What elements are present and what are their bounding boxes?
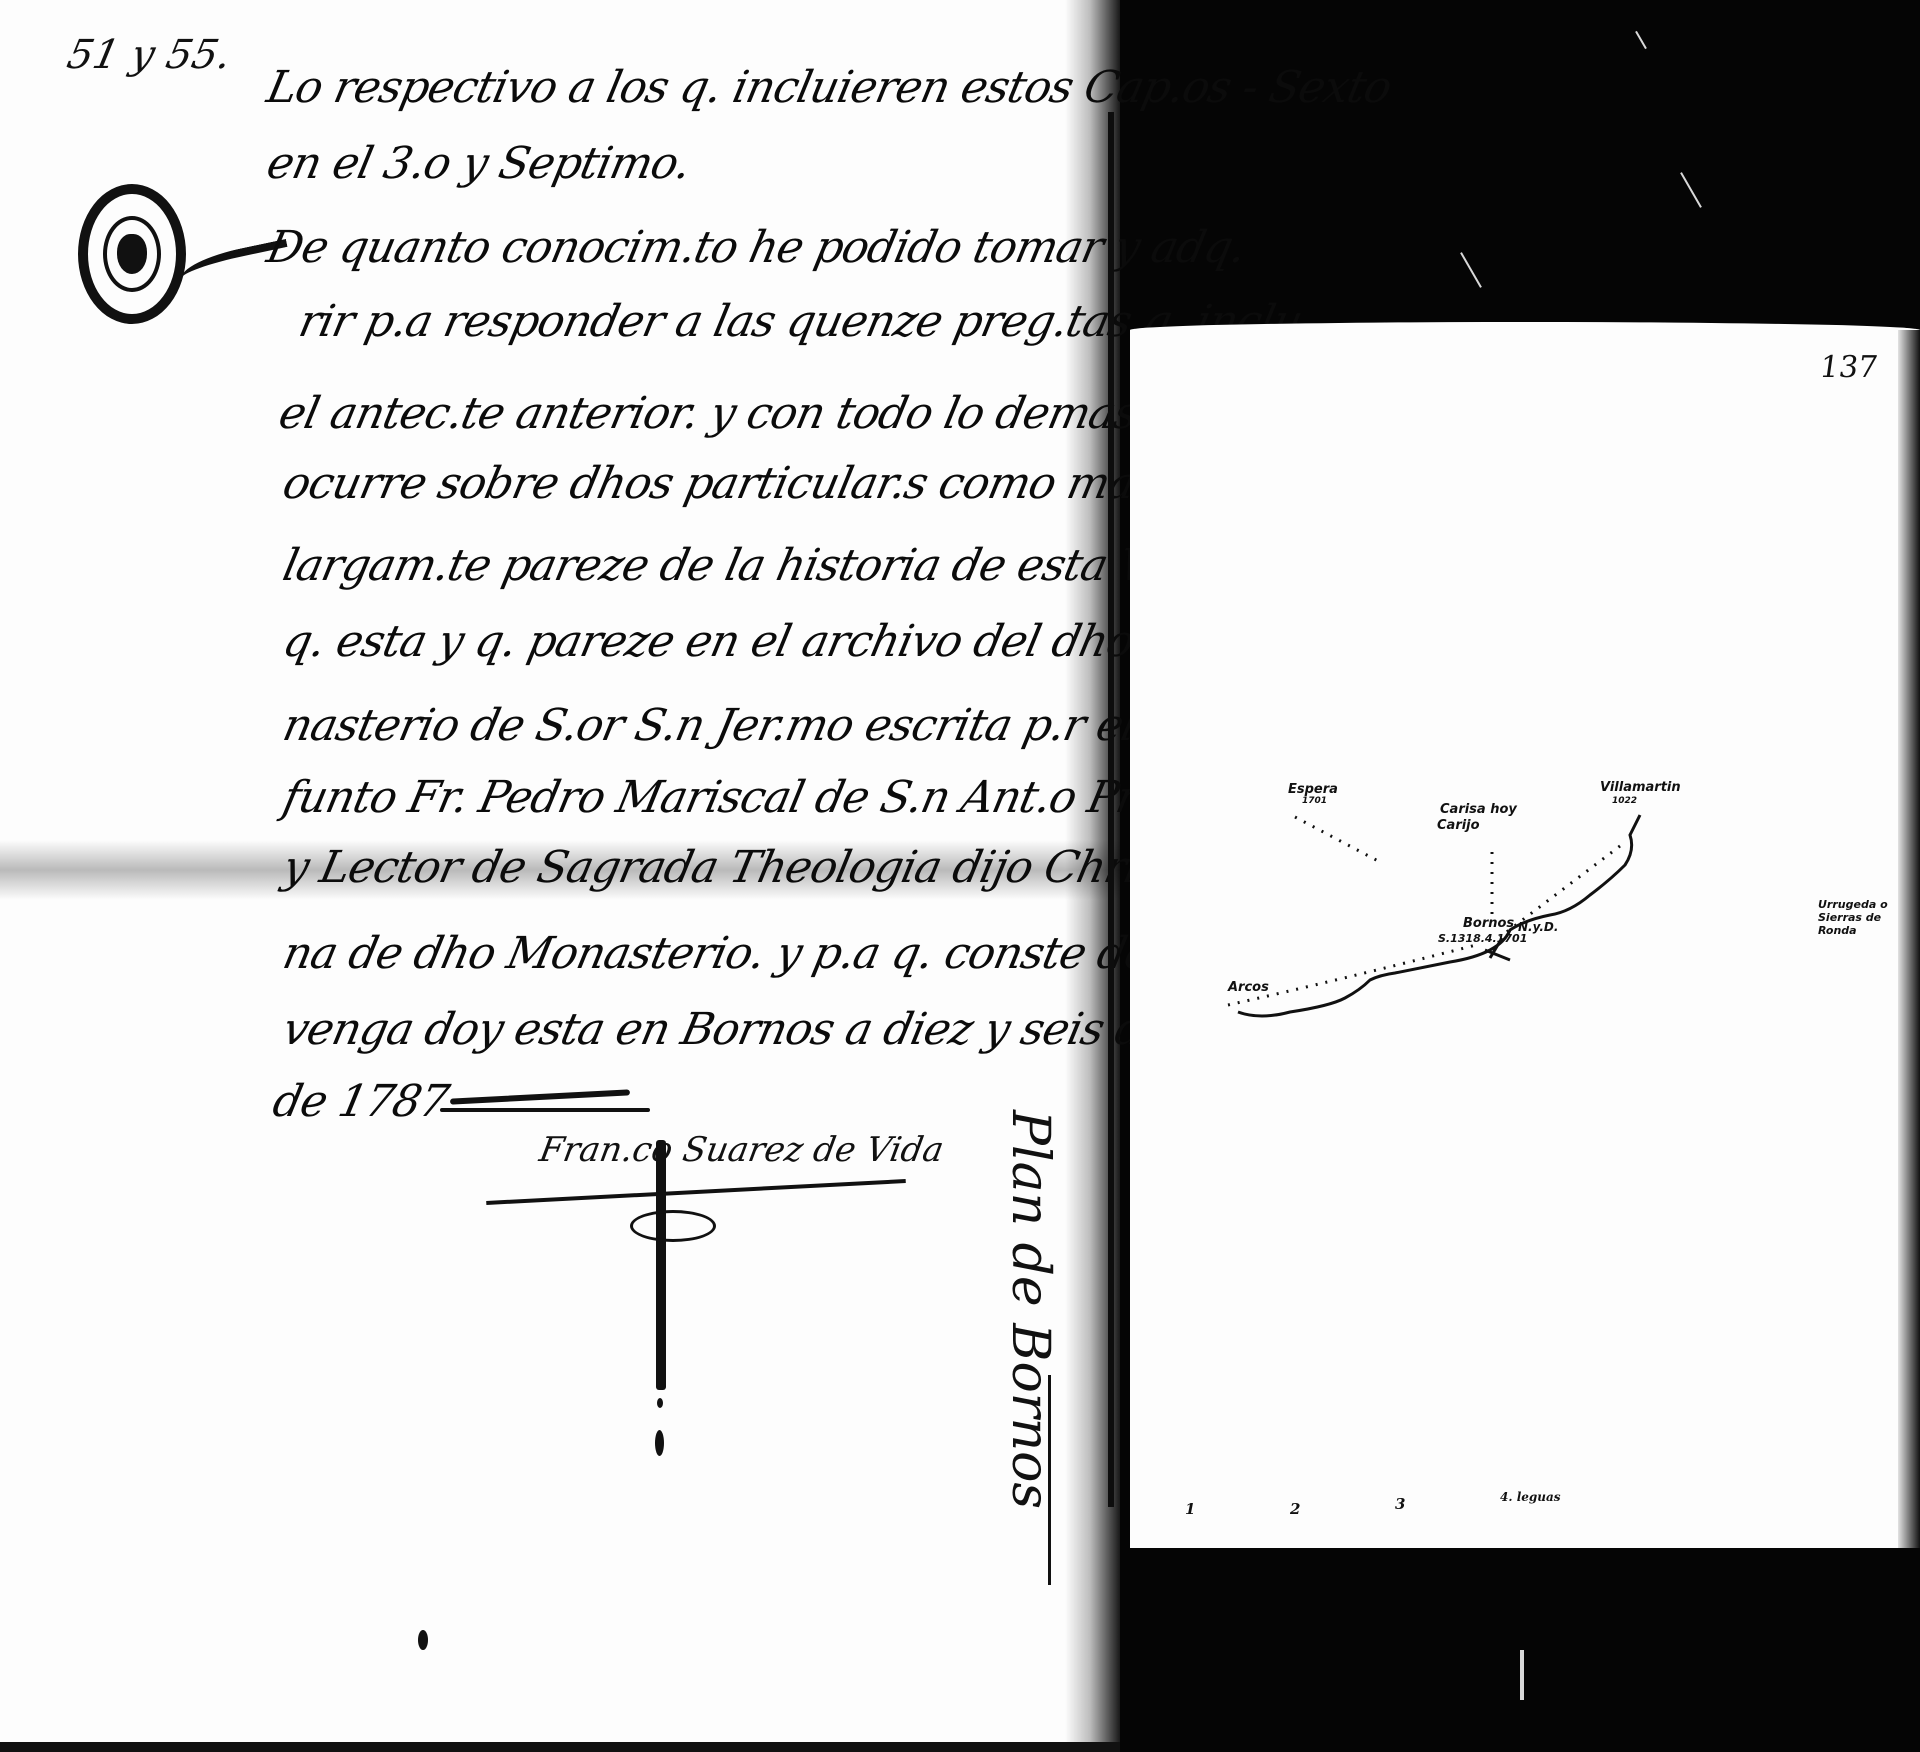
ink-dot — [657, 1398, 663, 1408]
manuscript-date-line: de 1787 — [269, 1076, 453, 1127]
left-manuscript-page: 51 y 55. Lo respectivo a los q. incluier… — [0, 0, 1120, 1752]
royal-crest-icon — [117, 234, 147, 274]
map-label-sierras-ronda: Urrugeda o Sierras de Ronda — [1818, 898, 1918, 937]
signature-underline — [486, 1179, 906, 1205]
date-flourish-underline — [440, 1108, 650, 1112]
signature-rubric-loop — [630, 1210, 716, 1242]
page-bottom-edge — [0, 1742, 1120, 1752]
signature-rubric-stroke — [656, 1140, 666, 1390]
manuscript-line-11: y Lector de Sagrada Theologia dijo Chris… — [279, 842, 1220, 893]
scale-tick-4-leguas: 4. leguas — [1500, 1490, 1561, 1504]
stamp-inner-ring — [103, 216, 161, 292]
map-label-villamartin: Villamartin — [1600, 780, 1681, 795]
map-note-carisa: Carijo — [1437, 818, 1480, 833]
map-note-bornos: S.1318.4.1701 — [1438, 932, 1527, 945]
ink-blot — [418, 1630, 428, 1650]
manuscript-line-10: funto Fr. Pedro Mariscal de S.n Ant.o Pr… — [279, 772, 1254, 823]
map-label-arcos: Arcos — [1228, 980, 1269, 995]
manuscript-line-6: ocurre sobre dhos particular.s como mas — [279, 458, 1161, 509]
spine-title: Plan de Bornos — [1000, 1110, 1060, 1570]
map-label-bornos: Bornos — [1463, 916, 1514, 931]
scan-scratch — [1460, 252, 1482, 288]
date-flourish — [450, 1089, 630, 1104]
manuscript-line-8: q. esta y q. pareze en el archivo del dh… — [279, 616, 1221, 667]
right-map-page: 137 Espera 1701 Carisa hoy Carijo Villam… — [1130, 330, 1920, 1548]
map-label-carisa: Carisa hoy — [1440, 802, 1517, 817]
scale-tick-1: 1 — [1185, 1500, 1195, 1518]
signature: Fran.co Suarez de Vida — [536, 1130, 946, 1170]
scale-tick-3: 3 — [1395, 1495, 1405, 1513]
scan-scratch — [1635, 31, 1647, 49]
manuscript-line-5: el antec.te anterior. y con todo lo dema… — [275, 388, 1274, 439]
scan-scratch — [1520, 1650, 1524, 1700]
manuscript-line-1: Lo respectivo a los q. incluieren estos … — [263, 62, 1396, 113]
library-stamp — [78, 184, 186, 324]
map-note-nyd: N.y.D. — [1518, 920, 1558, 934]
manuscript-line-7: largam.te pareze de la historia de esta … — [279, 540, 1187, 591]
scale-tick-2: 2 — [1290, 1500, 1300, 1518]
manuscript-line-3: De quanto conocim.to he podido tomar y a… — [263, 222, 1250, 273]
gutter-line — [1108, 112, 1114, 1507]
river-line — [1238, 815, 1640, 1016]
manuscript-line-2: en el 3.o y Septimo. — [263, 138, 695, 189]
map-note-villamartin: 1022 — [1612, 796, 1637, 806]
scan-scratch — [1680, 172, 1702, 208]
map-note-espera: 1701 — [1302, 796, 1327, 806]
folio-number: 51 y 55. — [63, 32, 235, 78]
ink-dot — [655, 1430, 664, 1456]
map-label-espera: Espera — [1288, 782, 1338, 797]
